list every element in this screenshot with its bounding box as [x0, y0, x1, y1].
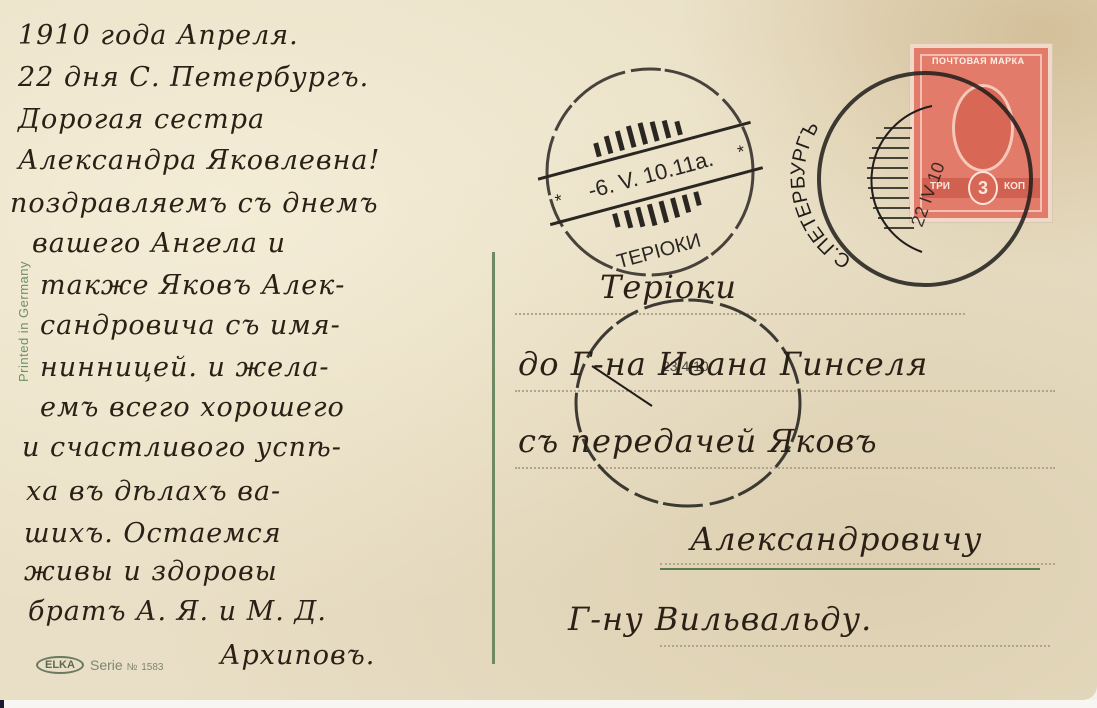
signature: Архиповъ.: [220, 640, 375, 671]
message-line: живы и здоровы: [24, 556, 278, 587]
address-line: Александровичу: [690, 520, 982, 558]
message-line: Александра Яковлевна!: [18, 145, 380, 176]
message-line: 1910 года Апреля.: [18, 20, 299, 51]
series-label: Serie № 1583: [90, 657, 163, 673]
stamp-top-text: ПОЧТОВАЯ МАРКА: [932, 56, 1025, 66]
message-line: шихъ. Остаемся: [24, 518, 282, 549]
address-line: Г-ну Вильвальду.: [568, 600, 872, 638]
message-line: 22 дня С. Петербургъ.: [18, 62, 369, 93]
message-line: нинницей. и жела-: [40, 352, 330, 383]
address-guide-line: [660, 645, 1050, 647]
message-line: и счастливого успѣ-: [22, 432, 342, 463]
message-line: Дорогая сестра: [18, 104, 265, 135]
message-line: вашего Ангела и: [32, 228, 286, 259]
message-line: также Яковъ Алек-: [40, 270, 345, 301]
publisher-logo: ELKA: [36, 656, 84, 674]
printed-in-germany: Printed in Germany: [16, 261, 31, 382]
scan-bottom-edge: [0, 700, 1097, 708]
terijoki-postmark: -6. V. 10.11a. * * ТЕРIОКИ: [535, 62, 765, 282]
message-line: поздравляемъ съ днемъ: [10, 188, 379, 219]
vertical-divider: [492, 252, 495, 664]
series-word: Serie: [90, 657, 123, 673]
arrival-postmark: 23 4 10: [572, 296, 804, 510]
postmark-date: 23 4 10: [662, 358, 709, 374]
postmark-date: 22 IV 10: [907, 160, 949, 230]
address-underline: [660, 568, 1040, 570]
series-no-sign: №: [127, 662, 138, 673]
svg-text:*: *: [735, 141, 747, 162]
message-line: емъ всего хорошего: [40, 392, 345, 423]
message-line: братъ А. Я. и М. Д.: [28, 596, 327, 627]
address-guide-line: [660, 563, 1055, 565]
message-line: ха въ дѣлахъ ва-: [26, 476, 281, 507]
st-petersburg-postmark: С.ПЕТЕРБУРГЪ 22 IV 10: [812, 68, 1038, 290]
postcard-back: 1910 года Апреля. 22 дня С. Петербургъ. …: [0, 0, 1097, 700]
series-number: 1583: [141, 662, 163, 673]
message-line: сандровича съ имя-: [40, 310, 341, 341]
